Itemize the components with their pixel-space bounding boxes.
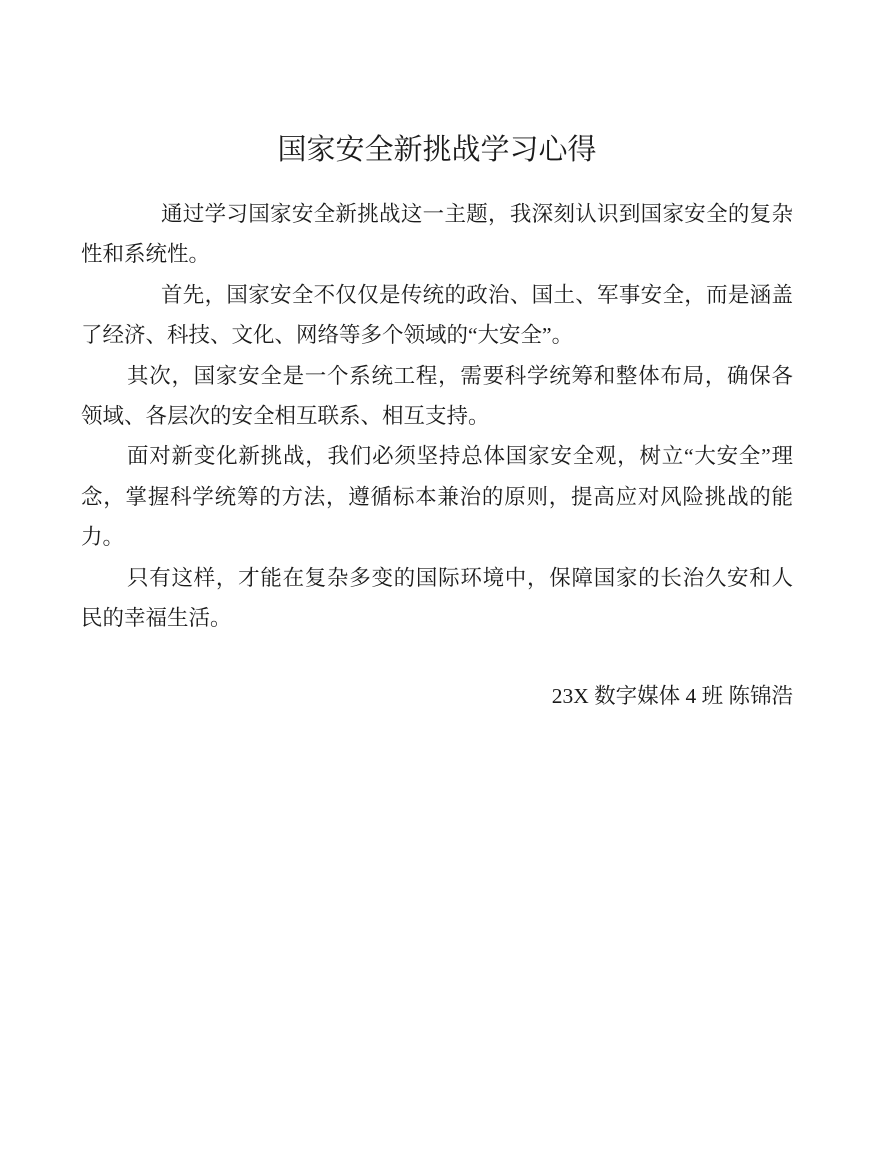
document-title: 国家安全新挑战学习心得	[81, 128, 793, 172]
paragraph-2: 首先，国家安全不仅仅是传统的政治、国土、军事安全，而是涵盖了经济、科技、文化、网…	[81, 275, 793, 356]
paragraph-3: 其次，国家安全是一个系统工程，需要科学统筹和整体布局，确保各领域、各层次的安全相…	[81, 356, 793, 437]
paragraph-4: 面对新变化新挑战，我们必须坚持总体国家安全观，树立“大安全”理念，掌握科学统筹的…	[81, 436, 793, 557]
paragraph-5: 只有这样，才能在复杂多变的国际环境中，保障国家的长治久安和人民的幸福生活。	[81, 558, 793, 639]
document-page: 国家安全新挑战学习心得 通过学习国家安全新挑战这一主题，我深刻认识到国家安全的复…	[0, 0, 882, 1175]
paragraph-1: 通过学习国家安全新挑战这一主题，我深刻认识到国家安全的复杂性和系统性。	[81, 194, 793, 275]
signature-line: 23X 数字媒体 4 班 陈锦浩	[81, 676, 793, 716]
